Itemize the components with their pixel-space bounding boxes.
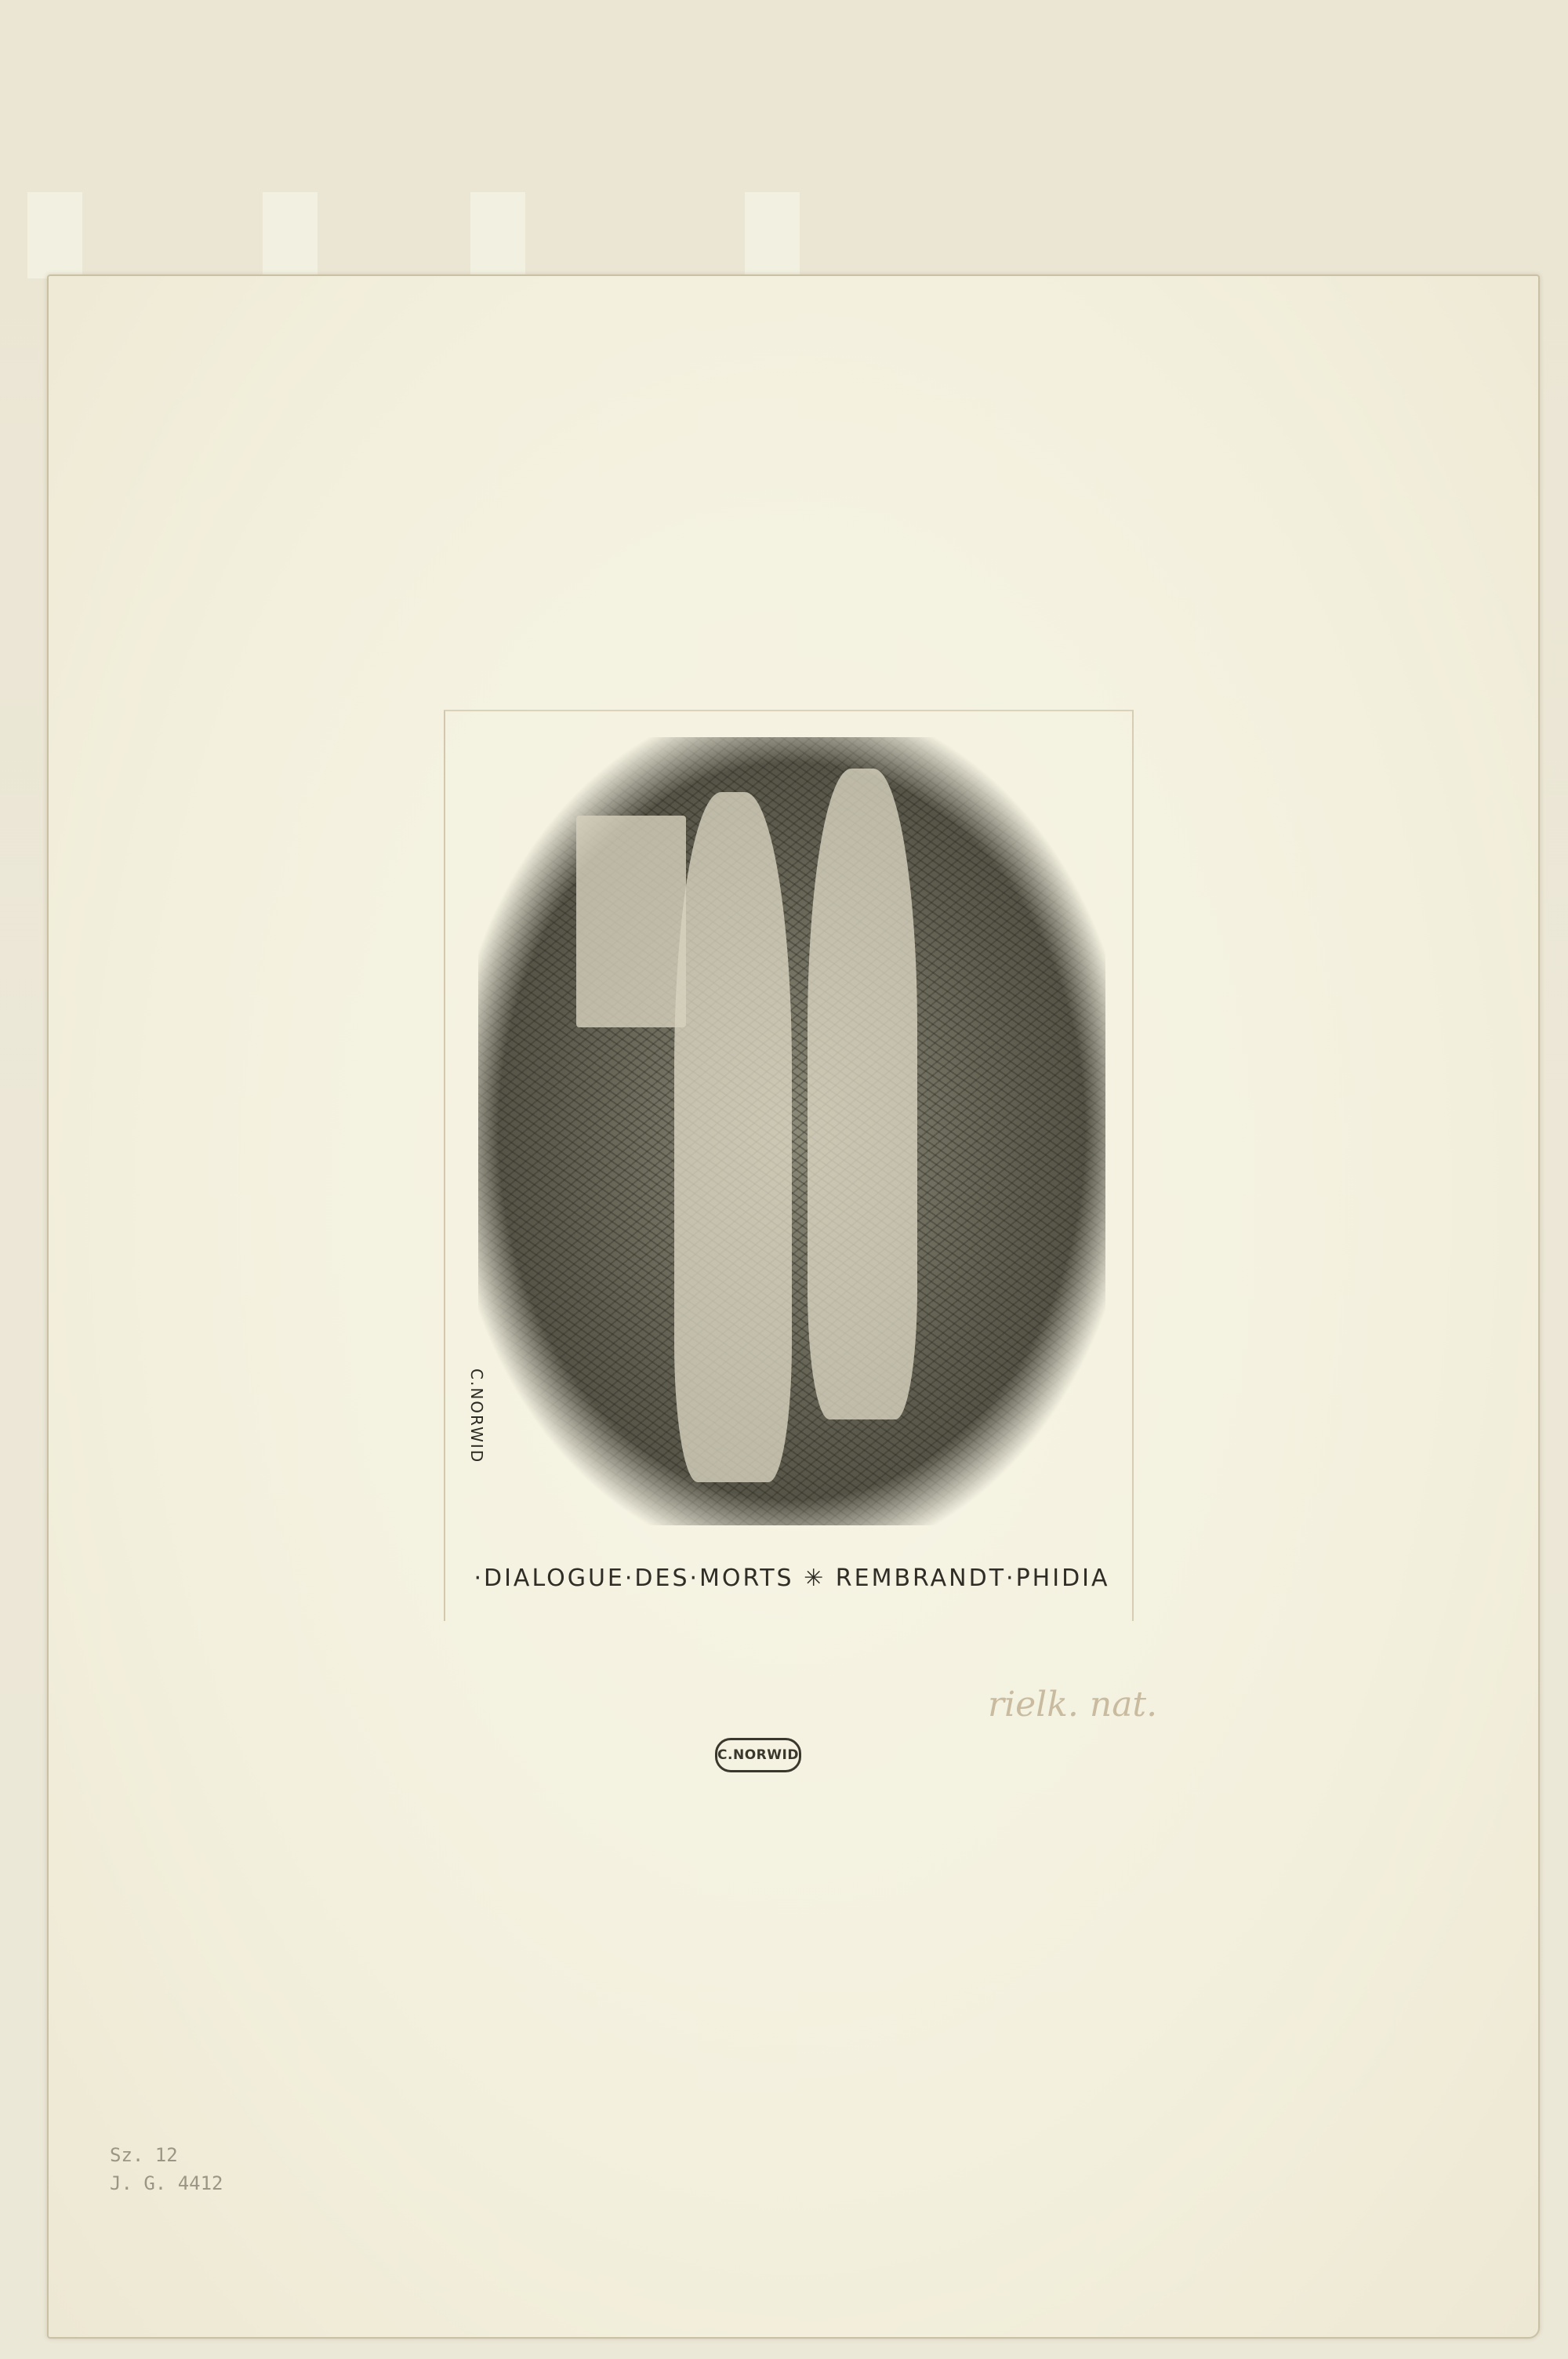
held-drawing (576, 816, 686, 1027)
figure-rembrandt (674, 792, 792, 1482)
etching-image (478, 737, 1105, 1525)
collector-stamp: C.NORWID (715, 1738, 801, 1772)
figure-phidias (808, 769, 917, 1419)
hinge-tape (745, 192, 800, 278)
plate-signature: C.NORWID (467, 1369, 486, 1463)
inventory-mark-2: J. G. 4412 (110, 2169, 223, 2197)
etching-caption: ·DIALOGUE·DES·MORTS ✳ REMBRANDT·PHIDIA (470, 1565, 1113, 1592)
hinge-tape (263, 192, 318, 278)
hinge-tape (27, 192, 82, 278)
inventory-mark-1: Sz. 12 (110, 2141, 223, 2169)
hinge-tape (470, 192, 525, 278)
pencil-note: rielk. nat. (988, 1685, 1157, 1725)
inventory-marks: Sz. 12 J. G. 4412 (110, 2141, 223, 2197)
